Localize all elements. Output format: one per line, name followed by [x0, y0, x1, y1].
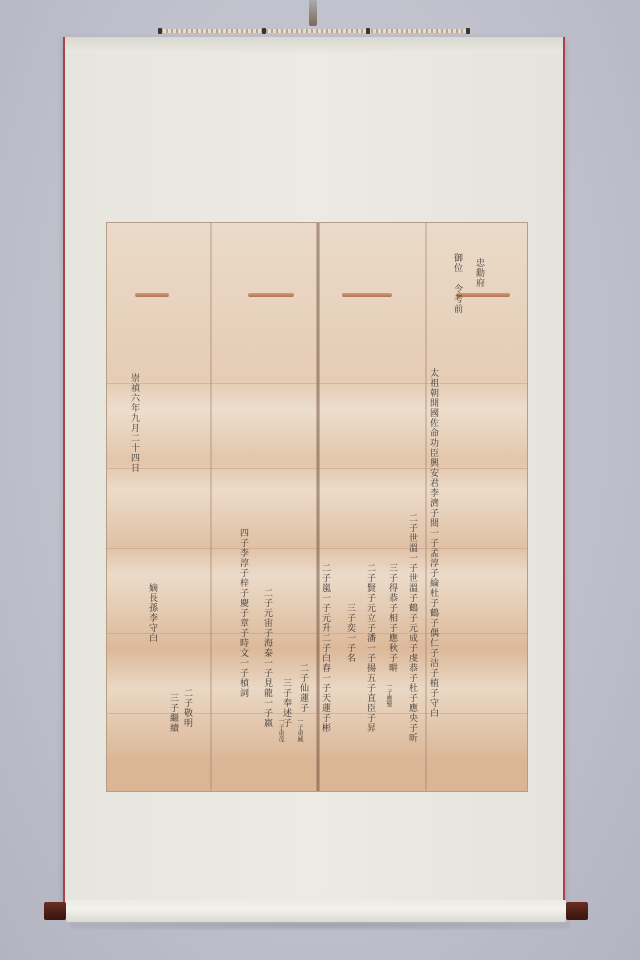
text-column: 二子世溫一子世溫子鶴子元成子虔恭子杜子應央子昕: [407, 513, 416, 743]
mounted-document: 忠勳府御位 令考前太祖朝開國佐命功臣興安君李濟子間一子孟淳子綸杜子鶴子偶仁子洁子…: [106, 222, 528, 792]
text-column: 御位 令考前: [452, 253, 461, 314]
text-column: 二子元宙子海泰一子見龍一子嬴: [262, 588, 271, 728]
cord-knot-right: [366, 28, 370, 34]
fold-line: [107, 633, 527, 634]
roller-knob-left: [44, 902, 66, 920]
text-column: 太祖朝開國佐命功臣興安君李濟子間一子孟淳子綸杜子鶴子偶仁子洁子植子守白: [428, 368, 437, 718]
cord-end-left: [158, 28, 162, 34]
text-column: 三子繼續: [168, 693, 177, 733]
text-column: 嫡長孫李守白: [147, 583, 156, 643]
hanging-scroll: 忠勳府御位 令考前太祖朝開國佐命功臣興安君李濟子間一子孟淳子綸杜子鶴子偶仁子洁子…: [63, 37, 565, 905]
damage-slit: [342, 293, 392, 297]
text-column: 二子嵐一子元升二子白春一子天蓮子彬: [320, 563, 329, 733]
bottom-roller: [44, 900, 588, 922]
text-column: 忠勳府: [474, 258, 483, 288]
text-column: 二子仙蓮子: [298, 663, 307, 713]
text-column: 二子賢子元立子潘一子揚五子直臣子昇: [365, 563, 374, 733]
fold-line: [210, 223, 212, 791]
text-column: 崇禎六年九月二十四日: [129, 373, 138, 473]
fold-line: [425, 223, 427, 791]
hanging-hook: [309, 0, 317, 26]
fold-line: [107, 468, 527, 469]
damage-slit: [456, 293, 510, 297]
text-column: 三子奕一子名: [345, 603, 354, 663]
damage-slit: [135, 293, 169, 297]
scroll-top-batten: [65, 37, 563, 53]
hanging-cord: [158, 29, 470, 33]
cord-knot-left: [262, 28, 266, 34]
text-column: 一子重臧: [296, 718, 302, 742]
fold-line: [107, 383, 527, 384]
text-column: 一子應聖: [385, 683, 391, 707]
roller-knob-right: [566, 902, 588, 920]
fold-line: [107, 548, 527, 549]
damage-slit: [248, 293, 294, 297]
text-column: 四子李淳子梓子慶子章子時文一子楨詞: [238, 528, 247, 698]
text-column: 一子重茂: [277, 718, 283, 742]
cord-end-right: [466, 28, 470, 34]
roller-body: [66, 900, 566, 922]
text-column: 三子得恭子相子應秋子畊: [387, 563, 396, 673]
text-column: 二子敬明: [182, 688, 191, 728]
